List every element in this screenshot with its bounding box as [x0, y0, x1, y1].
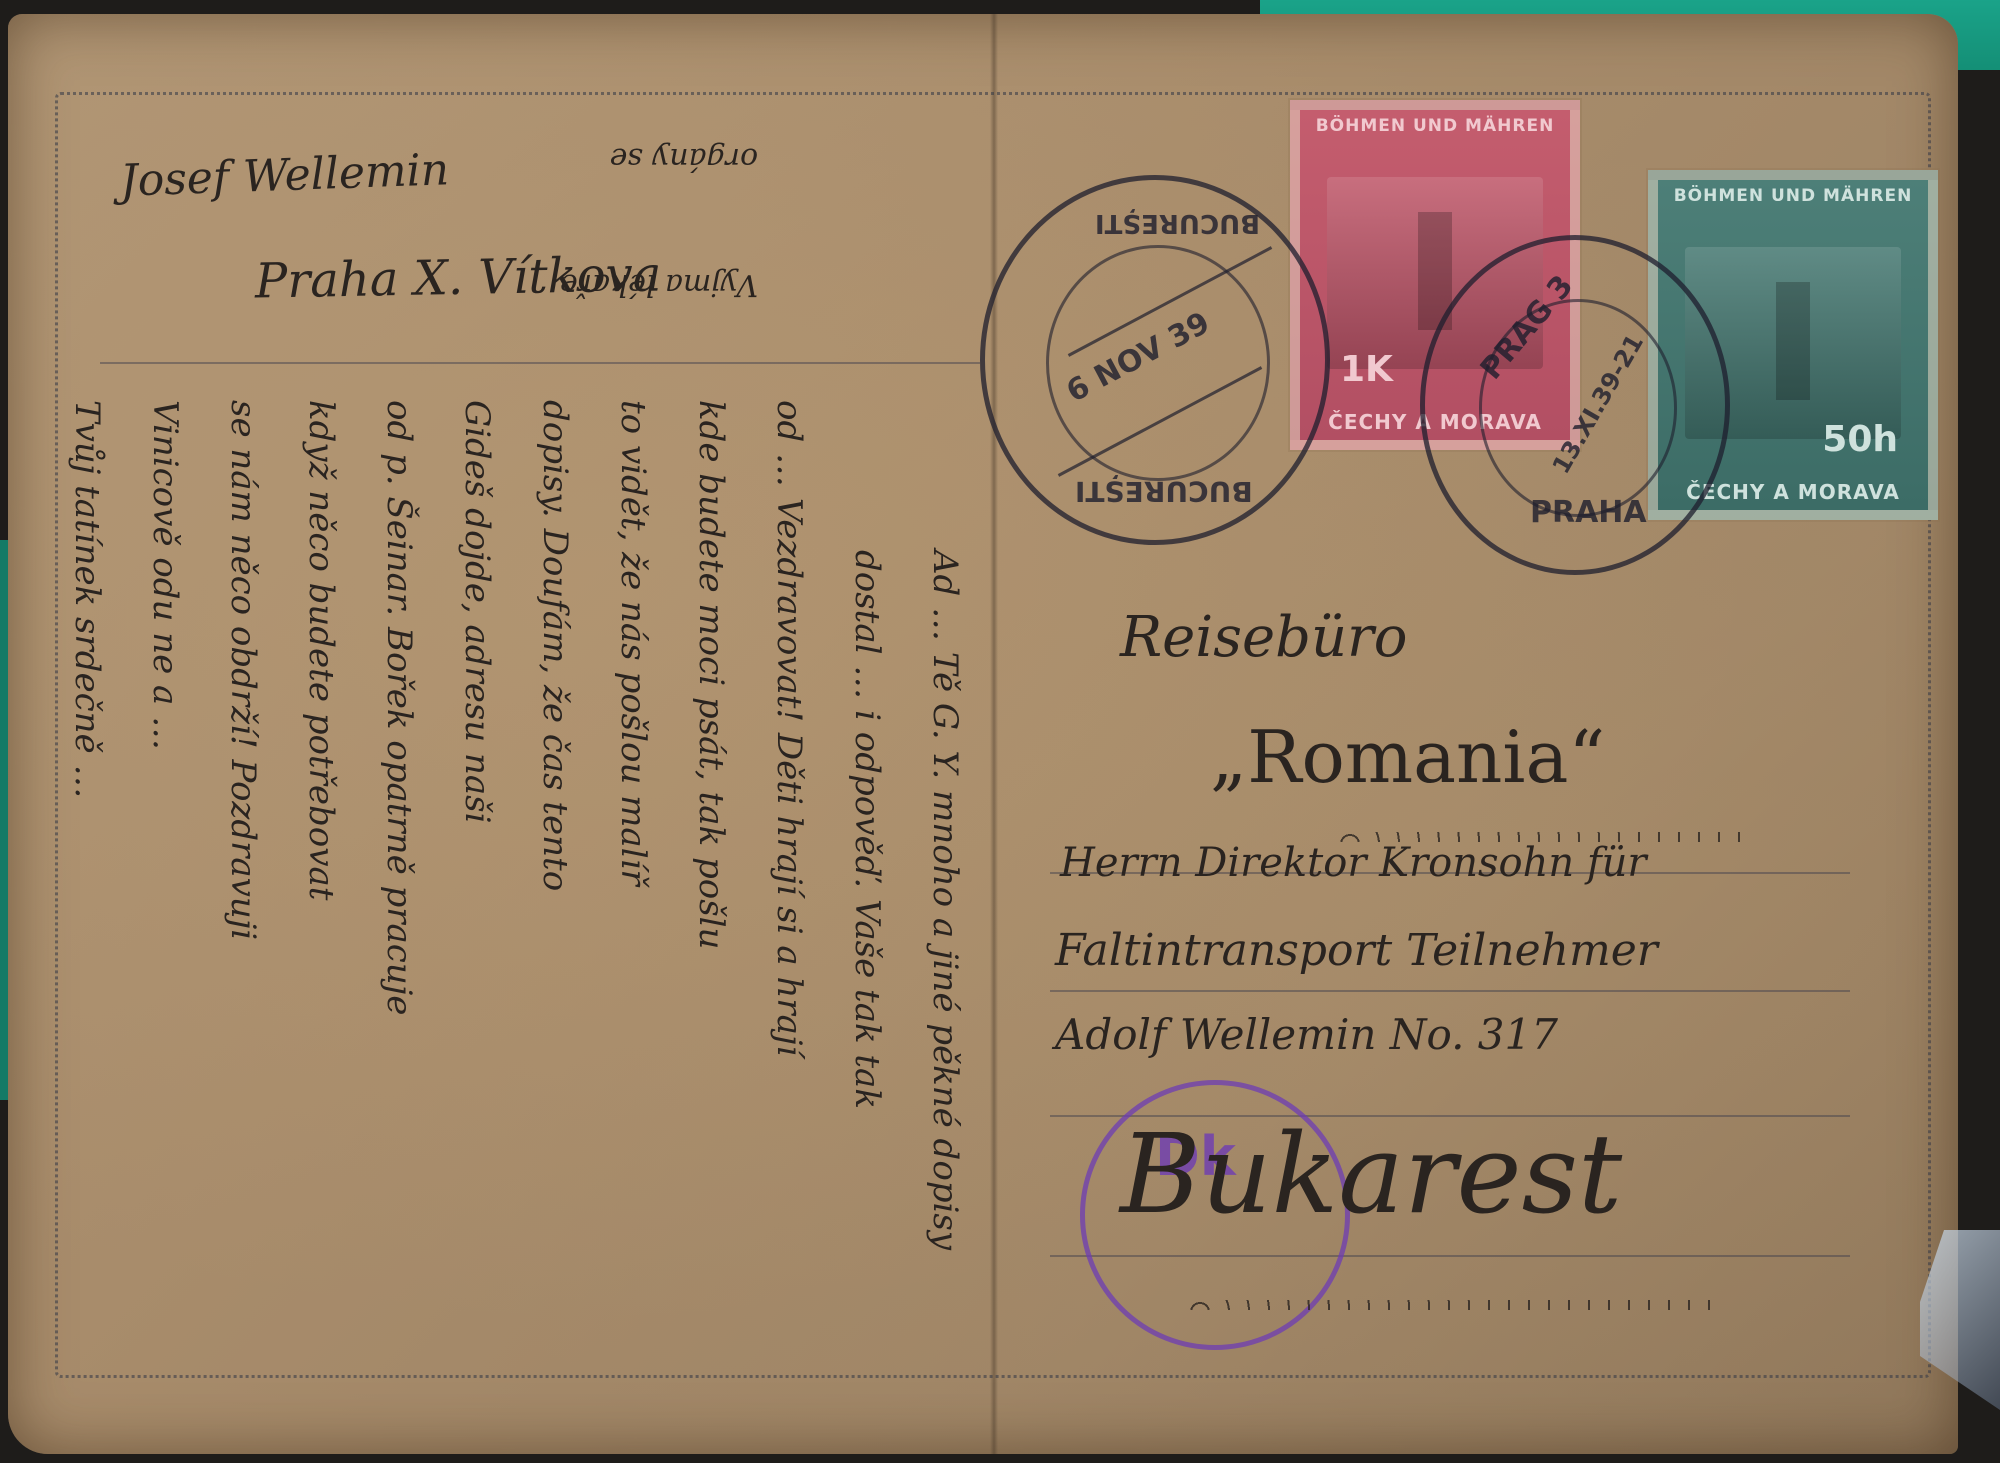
cancel-line — [1058, 366, 1262, 477]
postmark-bucuresti: BUCUREȘTI 6 NOV 39 BUCUREȘTI — [980, 175, 1330, 545]
message-line: Ad … Tě G. Y. mnoho a jiné pěkné dopisy — [925, 550, 965, 1250]
stamp-country-top: BÖHMEN UND MÄHREN — [1316, 116, 1555, 136]
recipient-line-4: Faltintransport Teilnehmer — [1055, 925, 1658, 976]
cancel-line — [1068, 246, 1272, 357]
postmark-prag: PRAG 3 13.XI.39-21 PRAHA — [1420, 235, 1730, 575]
ruled-line — [1050, 990, 1850, 992]
recipient-line-5: Adolf Wellemin No. 317 — [1055, 1010, 1558, 1059]
stamp-country-top: BÖHMEN UND MÄHREN — [1674, 186, 1913, 206]
upside-down-note: Vyjma lékaře orgány se — [560, 95, 758, 389]
message-line: kde budete moci psát, tak pošlu — [691, 400, 731, 949]
postmark-city-bottom: BUCUREȘTI — [1075, 475, 1253, 508]
underline — [1190, 1300, 1710, 1310]
message-line: dopisy. Doufám, že čas tento — [535, 400, 575, 891]
stamp-country-bottom: ČECHY A MORAVA — [1686, 480, 1900, 504]
stamp-value: 1K — [1340, 349, 1393, 390]
message-body: Ad … Tě G. Y. mnoho a jiné pěkné dopisyd… — [20, 380, 980, 1380]
message-line: od … Vezdravovat! Děti hrají si a hrají — [769, 400, 809, 1056]
upside-note-line: orgány se — [560, 137, 758, 179]
message-line: Vinicově odu ne a … — [145, 400, 185, 750]
recipient-line-1: Reisebüro — [1120, 605, 1408, 670]
ruled-line — [100, 362, 980, 364]
postmark-city-bottom: PRAHA — [1530, 495, 1647, 530]
message-line: dostal … i odpověď. Vaše tak tak — [847, 550, 887, 1109]
postmark-date: 6 NOV 39 — [1061, 305, 1216, 409]
recipient-line-2: „Romania“ — [1210, 715, 1605, 799]
postmark-date: 13.XI.39-21 — [1547, 330, 1649, 479]
message-line: Gideš dojde, adresu naši — [457, 400, 497, 824]
postmark-city: PRAG 3 — [1474, 269, 1581, 387]
message-line: se nám něco obdrží! Pozdravuji — [223, 400, 263, 940]
upside-note-line: Vyjma lékaře — [560, 263, 758, 305]
postmark-city: BUCUREȘTI — [1095, 208, 1260, 238]
recipient-line-3: Herrn Direktor Kronsohn für — [1060, 840, 1647, 886]
message-line: to vidět, že nás pošlou malíř — [613, 400, 653, 886]
message-line: když něco budete potřebovat — [301, 400, 341, 900]
stamp-value: 50h — [1822, 419, 1898, 460]
message-line: od p. Šeinar. Bořek opatrně pracuje — [379, 400, 419, 1015]
recipient-city: Bukarest — [1120, 1110, 1622, 1238]
message-line: Tvůj tatínek srdečně … — [67, 400, 107, 799]
